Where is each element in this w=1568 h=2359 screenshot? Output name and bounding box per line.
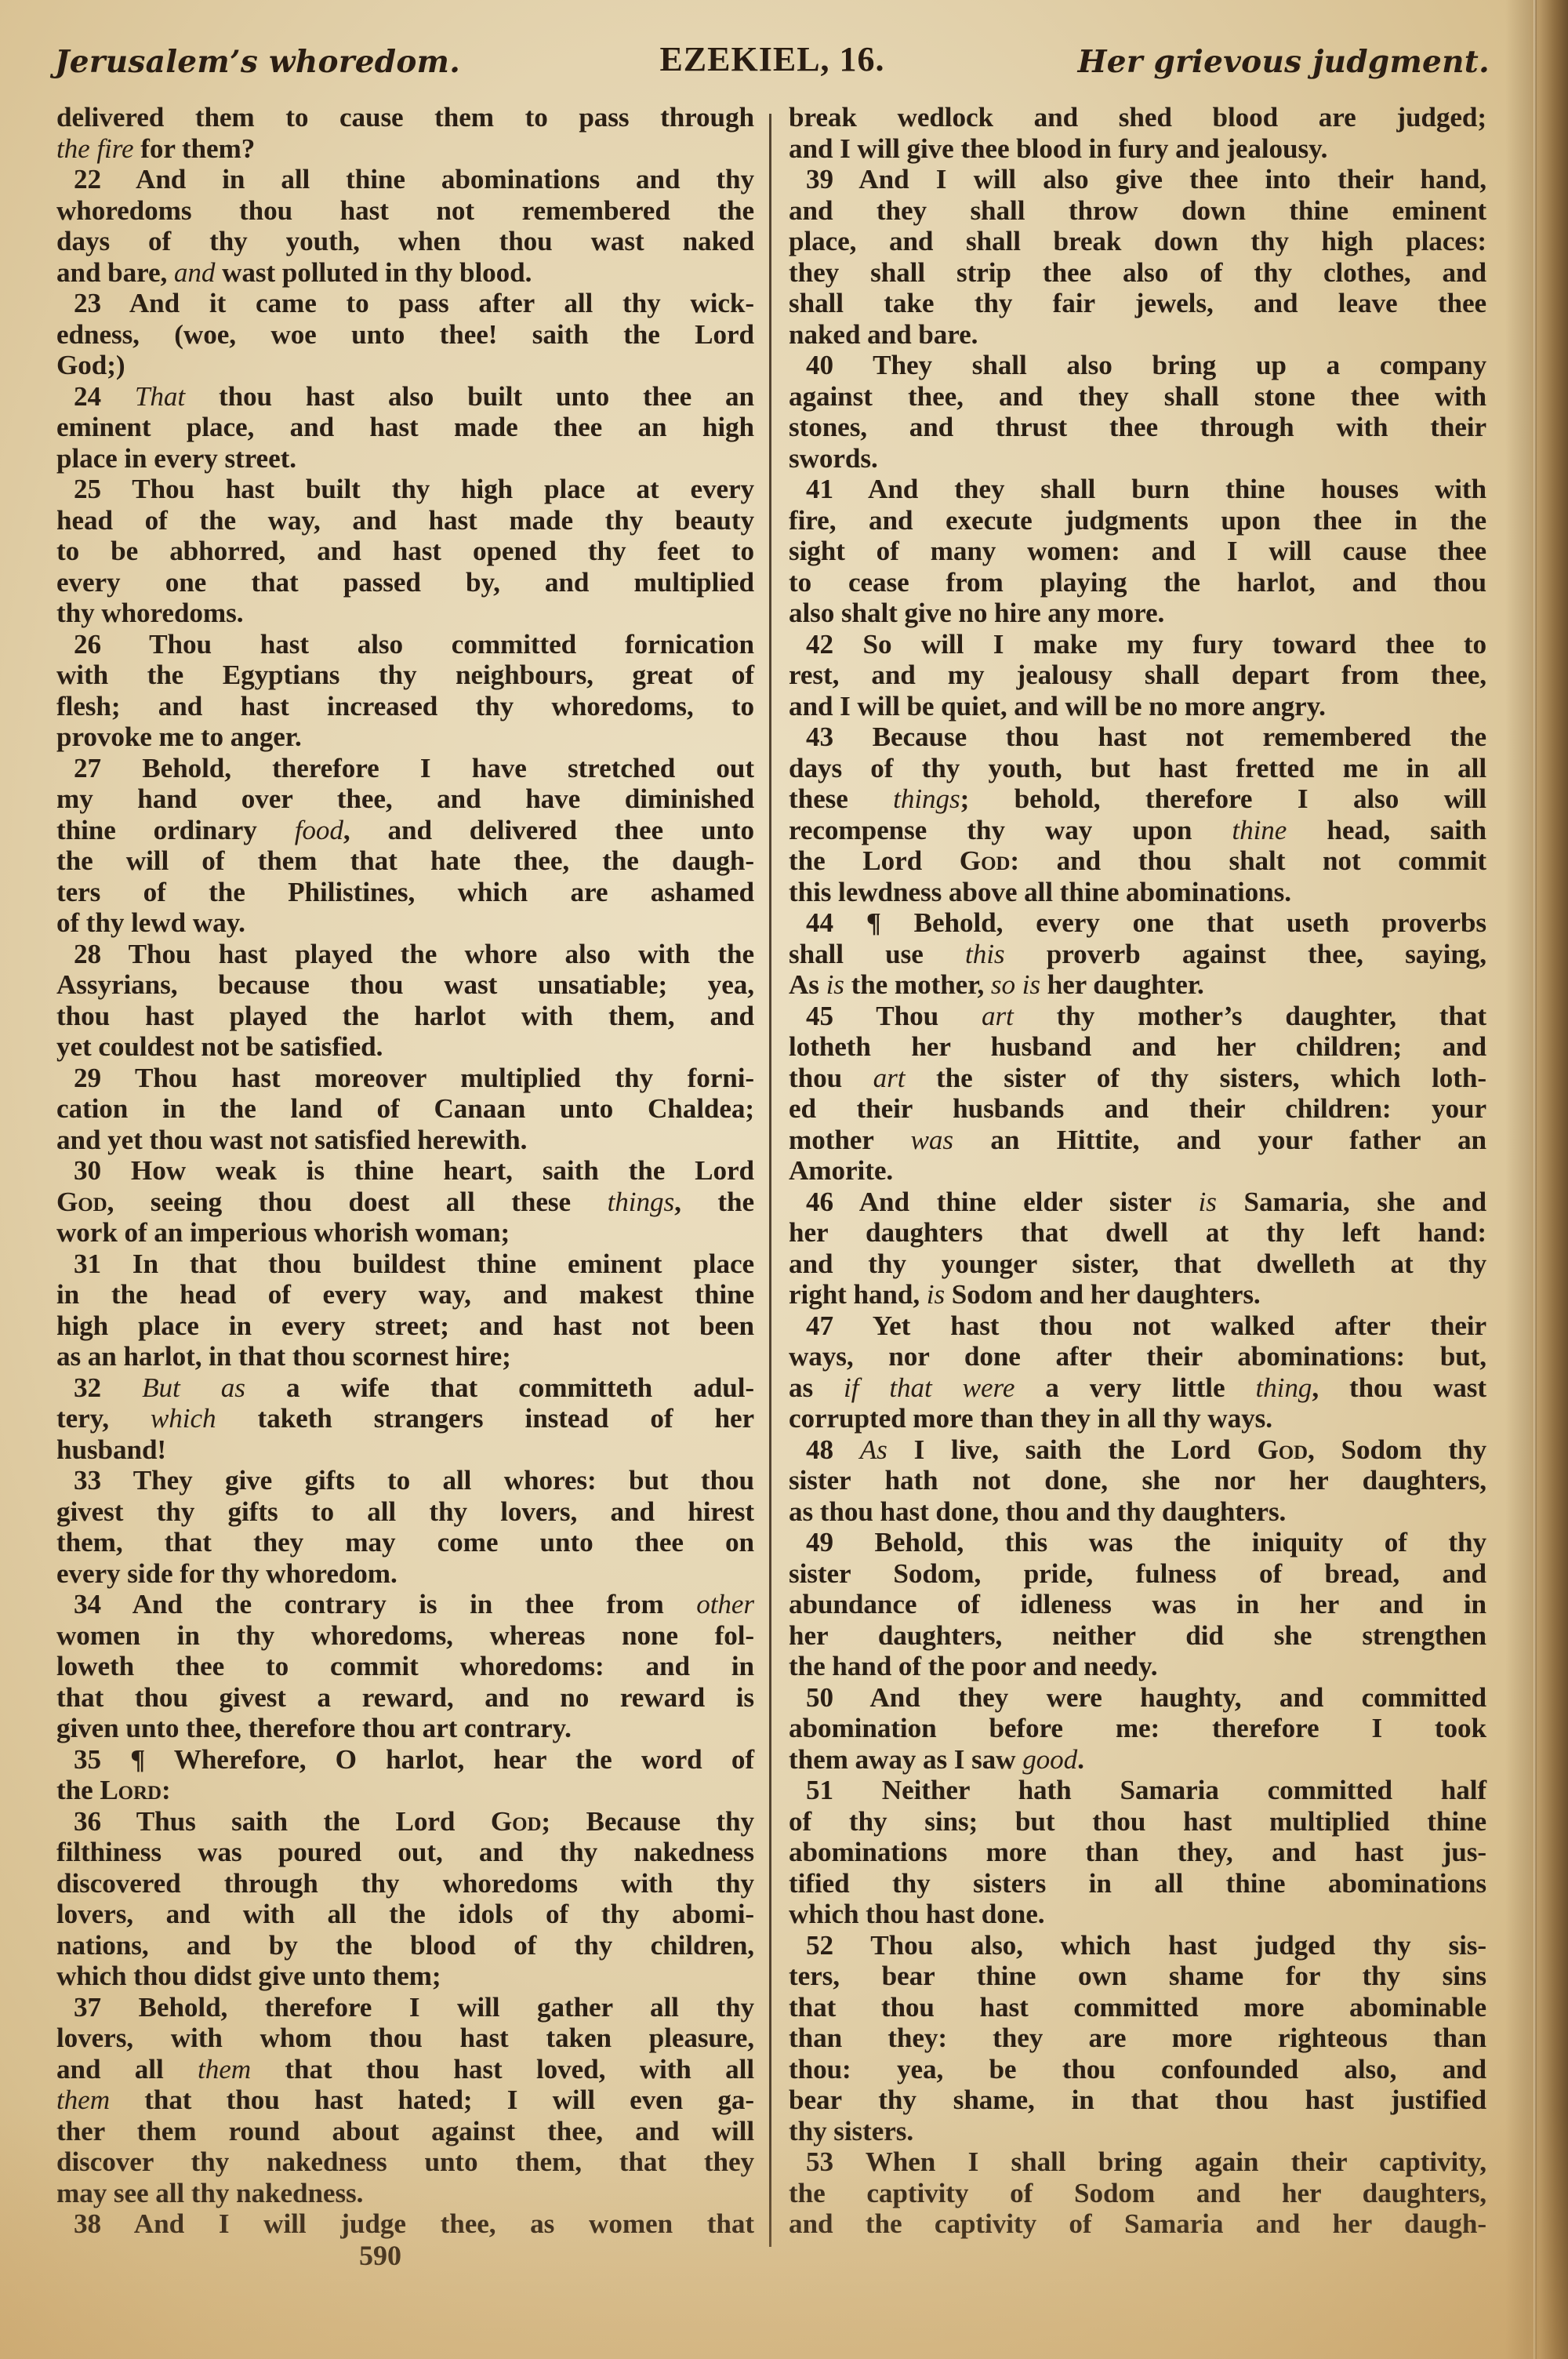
text-run: abundance of idleness was in her and in (789, 1589, 1486, 1619)
text-line: to be abhorred, and hast opened thy feet… (56, 536, 754, 567)
bible-page: Jerusalem’s whoredom. EZEKIEL, 16. Her g… (0, 0, 1568, 2359)
text-run: the (56, 1775, 100, 1805)
text-line: Assyrians, because thou wast unsatiable;… (56, 969, 754, 1001)
text-run: taketh strangers instead of her (216, 1403, 754, 1434)
text-run: eminent place, and hast made thee an hig… (56, 412, 754, 442)
text-run: that thou hast hated; I will even ga- (110, 2085, 754, 2115)
text-line: them away as I saw good. (789, 1744, 1486, 1776)
italic-word: things (608, 1187, 674, 1217)
text-line: every one that passed by, and multiplied (56, 567, 754, 598)
page-edge-shadow (1505, 0, 1568, 2359)
text-line: 45 Thou art thy mother’s daughter, that (789, 1001, 1486, 1032)
text-line: whoredoms thou hast not remembered the (56, 195, 754, 227)
text-run: head of the way, and hast made thy beaut… (56, 505, 754, 536)
text-line: delivered them to cause them to pass thr… (56, 102, 754, 133)
text-line: place, and shall break down thy high pla… (789, 226, 1486, 257)
text-run: them, that they may come unto thee on (56, 1527, 754, 1558)
text-run: ters of the Philistines, which are asham… (56, 877, 754, 907)
text-run: , Sodom thy (1308, 1434, 1486, 1465)
text-line: 44 ¶ Behold, every one that useth prover… (789, 907, 1486, 939)
text-run: which thou hast done. (789, 1899, 1044, 1929)
text-run: proverb against thee, saying, (1004, 939, 1486, 969)
text-line: 51 Neither hath Samaria committed half (789, 1775, 1486, 1806)
text-line: the fire for them? (56, 133, 754, 165)
text-line: 22 And in all thine abominations and thy (56, 164, 754, 195)
text-run: sister hath not done, she nor her daught… (789, 1465, 1486, 1496)
text-run: 32 (74, 1372, 142, 1403)
small-caps-word: God (56, 1187, 107, 1217)
text-run: Samaria, she and (1217, 1187, 1486, 1217)
text-line: days of thy youth, but hast fretted me i… (789, 753, 1486, 784)
text-run: a wife that committeth adul- (245, 1372, 754, 1403)
text-line: 27 Behold, therefore I have stretched ou… (56, 753, 754, 784)
left-text-column: delivered them to cause them to pass thr… (56, 102, 754, 2240)
text-run: naked and bare. (789, 319, 978, 350)
text-run: and I will be quiet, and will be no more… (789, 691, 1326, 722)
text-run: of thy lewd way. (56, 907, 245, 938)
text-run: tery, (56, 1403, 151, 1434)
text-run: 51 Neither hath Samaria committed half (806, 1775, 1486, 1805)
text-run: tified thy sisters in all thine abominat… (789, 1868, 1486, 1899)
text-line: given unto thee, therefore thou art cont… (56, 1713, 754, 1744)
text-run: 25 Thou hast built thy high place at eve… (74, 474, 754, 504)
text-run: 44 ¶ Behold, every one that useth prover… (806, 907, 1486, 938)
text-line: sight of many women: and I will cause th… (789, 536, 1486, 567)
text-line: edness, (woe, woe unto thee! saith the L… (56, 319, 754, 351)
text-line: husband! (56, 1434, 754, 1466)
text-run: 30 How weak is thine heart, saith the Lo… (74, 1155, 754, 1186)
text-run: and they shall throw down thine eminent (789, 195, 1486, 226)
italic-word: which (151, 1403, 216, 1434)
text-line: 33 They give gifts to all whores: but th… (56, 1465, 754, 1496)
text-line: place in every street. (56, 443, 754, 474)
text-run: 38 And I will judge thee, as women that (74, 2208, 754, 2239)
text-line: flesh; and hast increased thy whoredoms,… (56, 691, 754, 722)
text-run: thou hast played the harlot with them, a… (56, 1001, 754, 1031)
text-run: 31 In that thou buildest thine eminent p… (74, 1249, 754, 1279)
italic-word: is (826, 969, 844, 1000)
text-run: the Lord (789, 845, 960, 876)
text-run: abomination before me: therefore I took (789, 1713, 1486, 1743)
text-run: days of thy youth, but hast fretted me i… (789, 753, 1486, 783)
text-run: thy whoredoms. (56, 598, 243, 628)
text-run: to be abhorred, and hast opened thy feet… (56, 536, 754, 566)
text-line: 24 That thou hast also built unto thee a… (56, 381, 754, 413)
text-run: abominations more than they, and hast ju… (789, 1837, 1486, 1867)
italic-word: As (860, 1434, 887, 1465)
text-run: shall take thy fair jewels, and leave th… (789, 288, 1486, 318)
text-line: the captivity of Sodom and her daughters… (789, 2178, 1486, 2209)
text-line: loweth thee to commit whoredoms: and in (56, 1651, 754, 1682)
text-line: to cease from playing the harlot, and th… (789, 567, 1486, 598)
text-line: God, seeing thou doest all these things,… (56, 1187, 754, 1218)
text-line: God;) (56, 350, 754, 381)
text-line: Amorite. (789, 1155, 1486, 1187)
text-line: fire, and execute judgments upon thee in… (789, 505, 1486, 536)
text-line: 26 Thou hast also committed fornication (56, 629, 754, 660)
text-run: sister Sodom, pride, fulness of bread, a… (789, 1558, 1486, 1589)
italic-word: other (696, 1589, 754, 1619)
text-line: which thou didst give unto them; (56, 1961, 754, 1992)
text-line: than they: they are more righteous than (789, 2023, 1486, 2054)
text-line: filthiness was poured out, and thy naked… (56, 1837, 754, 1868)
text-run: every one that passed by, and multiplied (56, 567, 754, 598)
text-run: , the (674, 1187, 754, 1217)
text-run: head, saith (1287, 815, 1486, 845)
italic-word: them (198, 2054, 251, 2085)
text-run: the mother, (844, 969, 991, 1000)
text-run: 53 When I shall bring again their captiv… (806, 2146, 1486, 2177)
text-run: days of thy youth, when thou wast naked (56, 226, 754, 256)
text-run: lotheth her husband and her children; an… (789, 1031, 1486, 1062)
text-run: thy mother’s daughter, that (1014, 1001, 1486, 1031)
text-run: filthiness was poured out, and thy naked… (56, 1837, 754, 1867)
text-run: , thou wast (1312, 1372, 1486, 1403)
text-run: thy sisters. (789, 2116, 913, 2146)
italic-word: That (135, 381, 185, 412)
italic-word: the fire (56, 133, 134, 164)
text-line: nations, and by the blood of thy childre… (56, 1930, 754, 1961)
text-run: wast polluted in thy blood. (215, 257, 532, 288)
text-line: swords. (789, 443, 1486, 474)
text-line: head of the way, and hast made thy beaut… (56, 505, 754, 536)
text-line: ther them round about against thee, and … (56, 2116, 754, 2147)
italic-word: good (1022, 1744, 1077, 1775)
text-run: and thy younger sister, that dwelleth at… (789, 1249, 1486, 1279)
text-line: 36 Thus saith the Lord God; Because thy (56, 1806, 754, 1837)
text-line: abundance of idleness was in her and in (789, 1589, 1486, 1620)
text-run: right hand, (789, 1279, 927, 1310)
text-line: and yet thou wast not satisfied herewith… (56, 1125, 754, 1156)
text-line: and thy younger sister, that dwelleth at… (789, 1249, 1486, 1280)
text-line: thou hast played the harlot with them, a… (56, 1001, 754, 1032)
text-line: thou art the sister of thy sisters, whic… (789, 1063, 1486, 1094)
text-run: corrupted more than they in all thy ways… (789, 1403, 1272, 1434)
text-run: her daughters that dwell at thy left han… (789, 1217, 1486, 1248)
text-line: the Lord: (56, 1775, 754, 1806)
small-caps-word: Lord (100, 1775, 162, 1805)
italic-word: this (965, 939, 1004, 969)
text-line: cation in the land of Canaan unto Chalde… (56, 1093, 754, 1125)
text-run: 23 And it came to pass after all thy wic… (74, 288, 754, 318)
text-line: thy sisters. (789, 2116, 1486, 2147)
text-line: 29 Thou hast moreover multiplied thy for… (56, 1063, 754, 1094)
text-run: , and delivered thee unto (343, 815, 754, 845)
text-run: , seeing thou doest all these (107, 1187, 608, 1217)
text-line: high place in every street; and hast not… (56, 1310, 754, 1342)
text-line: her daughters, neither did she strengthe… (789, 1620, 1486, 1652)
text-run: them away as I saw (789, 1744, 1022, 1775)
text-run: 36 Thus saith the Lord (74, 1806, 491, 1837)
text-line: 39 And I will also give thee into their … (789, 164, 1486, 195)
text-line: in the head of every way, and makest thi… (56, 1279, 754, 1310)
text-run: thou (789, 1063, 873, 1093)
text-run: place, and shall break down thy high pla… (789, 226, 1486, 256)
text-line: they shall strip thee also of thy clothe… (789, 257, 1486, 289)
text-run: a very little (1014, 1372, 1255, 1403)
italic-word: But as (142, 1372, 245, 1403)
italic-word: food (295, 815, 343, 845)
italic-word: things (893, 783, 960, 814)
text-line: may see all thy nakedness. (56, 2178, 754, 2209)
text-line: 48 As I live, saith the Lord God, Sodom … (789, 1434, 1486, 1466)
text-run: sight of many women: and I will cause th… (789, 536, 1486, 566)
small-caps-word: God (1257, 1434, 1308, 1465)
right-text-column: break wedlock and shed blood are judged;… (789, 102, 1486, 2240)
text-run: shall use (789, 939, 965, 969)
text-line: the hand of the poor and needy. (789, 1651, 1486, 1682)
text-line: 42 So will I make my fury toward thee to (789, 629, 1486, 660)
text-line: and bare, and wast polluted in thy blood… (56, 257, 754, 289)
text-run: swords. (789, 443, 878, 474)
text-run: as (789, 1372, 844, 1403)
text-line: her daughters that dwell at thy left han… (789, 1217, 1486, 1249)
text-run: ed their husbands and their children: yo… (789, 1093, 1486, 1124)
text-line: givest thy gifts to all thy lovers, and … (56, 1496, 754, 1528)
text-line: tified thy sisters in all thine abominat… (789, 1868, 1486, 1899)
text-run: 49 Behold, this was the iniquity of thy (806, 1527, 1486, 1558)
text-run: her daughters, neither did she strengthe… (789, 1620, 1486, 1651)
italic-word: so is (991, 969, 1040, 1000)
text-run: discovered through thy whoredoms with th… (56, 1868, 754, 1899)
text-line: lovers, and with all the idols of thy ab… (56, 1899, 754, 1930)
text-line: shall use this proverb against thee, say… (789, 939, 1486, 970)
text-run: every side for thy whoredom. (56, 1558, 397, 1589)
text-line: women in thy whoredoms, whereas none fol… (56, 1620, 754, 1652)
text-run: discover thy nakedness unto them, that t… (56, 2146, 754, 2177)
text-run: I live, saith the Lord (887, 1434, 1258, 1465)
text-line: them that thou hast hated; I will even g… (56, 2085, 754, 2116)
text-run: 50 And they were haughty, and committed (806, 1682, 1486, 1713)
text-run: God;) (56, 350, 125, 380)
text-line: these things; behold, therefore I also w… (789, 783, 1486, 815)
text-line: mother was an Hittite, and your father a… (789, 1125, 1486, 1156)
text-run: to cease from playing the harlot, and th… (789, 567, 1486, 598)
text-run: 28 Thou hast played the whore also with … (74, 939, 754, 969)
text-line: right hand, is Sodom and her daughters. (789, 1279, 1486, 1310)
text-run: women in thy whoredoms, whereas none fol… (56, 1620, 754, 1651)
text-run: given unto thee, therefore thou art cont… (56, 1713, 572, 1743)
text-line: that thou hast committed more abominable (789, 1992, 1486, 2023)
text-run: an Hittite, and your father an (953, 1125, 1486, 1155)
text-line: discovered through thy whoredoms with th… (56, 1868, 754, 1899)
text-run: also shalt give no hire any more. (789, 598, 1164, 628)
text-line: my hand over thee, and have diminished (56, 783, 754, 815)
text-run: ters, bear thine own shame for thy sins (789, 1961, 1486, 1991)
text-run: 37 Behold, therefore I will gather all t… (74, 1992, 754, 2023)
text-run: these (789, 783, 893, 814)
text-line: bear thy shame, in that thou hast justif… (789, 2085, 1486, 2116)
text-line: tery, which taketh strangers instead of … (56, 1403, 754, 1434)
text-run: 27 Behold, therefore I have stretched ou… (74, 753, 754, 783)
text-run: which thou didst give unto them; (56, 1961, 441, 1991)
text-run: mother (789, 1125, 911, 1155)
text-run: thou hast also built unto thee an (185, 381, 754, 412)
text-line: 38 And I will judge thee, as women that (56, 2208, 754, 2240)
small-caps-word: God (960, 845, 1011, 876)
text-run: the will of them that hate thee, the dau… (56, 845, 754, 876)
text-run: edness, (woe, woe unto thee! saith the L… (56, 319, 754, 350)
text-run: 34 And the contrary is in thee from (74, 1589, 696, 1619)
italic-word: art (873, 1063, 906, 1093)
text-line: that thou givest a reward, and no reward… (56, 1682, 754, 1714)
text-run: that thou hast loved, with all (251, 2054, 754, 2085)
column-divider (769, 114, 771, 2247)
text-line: break wedlock and shed blood are judged; (789, 102, 1486, 133)
text-line: ways, nor done after their abominations:… (789, 1341, 1486, 1372)
text-line: work of an imperious whorish woman; (56, 1217, 754, 1249)
text-line: corrupted more than they in all thy ways… (789, 1403, 1486, 1434)
text-run: against thee, and they shall stone thee … (789, 381, 1486, 412)
text-run: 22 And in all thine abominations and thy (74, 164, 754, 194)
text-line: 50 And they were haughty, and committed (789, 1682, 1486, 1714)
text-run: and yet thou wast not satisfied herewith… (56, 1125, 527, 1155)
text-run: . (1077, 1744, 1084, 1775)
text-line: sister Sodom, pride, fulness of bread, a… (789, 1558, 1486, 1590)
text-line: thy whoredoms. (56, 598, 754, 629)
italic-word: is (927, 1279, 945, 1310)
text-line: ters, bear thine own shame for thy sins (789, 1961, 1486, 1992)
text-run: the sister of thy sisters, which loth- (905, 1063, 1486, 1093)
text-run: as an harlot, in that thou scornest hire… (56, 1341, 511, 1372)
text-line: naked and bare. (789, 319, 1486, 351)
text-run: 33 They give gifts to all whores: but th… (74, 1465, 754, 1496)
text-run: ther them round about against thee, and … (56, 2116, 754, 2146)
text-line: discover thy nakedness unto them, that t… (56, 2146, 754, 2178)
page-number: 590 (0, 2239, 760, 2272)
text-run: this lewdness above all thine abominatio… (789, 877, 1291, 907)
text-run: and bare, (56, 257, 174, 288)
text-line: and I will be quiet, and will be no more… (789, 691, 1486, 722)
text-line: also shalt give no hire any more. (789, 598, 1486, 629)
page-fold-highlight (1534, 0, 1537, 2359)
text-run: 48 (806, 1434, 860, 1465)
text-line: which thou hast done. (789, 1899, 1486, 1930)
text-run: loweth thee to commit whoredoms: and in (56, 1651, 754, 1681)
text-run: Sodom and her daughters. (945, 1279, 1261, 1310)
text-run: 46 And thine elder sister (806, 1187, 1199, 1217)
text-run: 29 Thou hast moreover multiplied thy for… (74, 1063, 754, 1093)
text-line: every side for thy whoredom. (56, 1558, 754, 1590)
text-line: thou: yea, be thou confounded also, and (789, 2054, 1486, 2085)
text-run: ; behold, therefore I also will (960, 783, 1486, 814)
text-line: 32 But as a wife that committeth adul- (56, 1372, 754, 1404)
text-run: my hand over thee, and have diminished (56, 783, 754, 814)
text-run: 35 ¶ Wherefore, O harlot, hear the word … (74, 1744, 754, 1775)
text-run: ; Because thy (541, 1806, 754, 1837)
text-run: and all (56, 2054, 198, 2085)
text-line: 28 Thou hast played the whore also with … (56, 939, 754, 970)
italic-word: was (911, 1125, 953, 1155)
text-line: 49 Behold, this was the iniquity of thy (789, 1527, 1486, 1558)
text-line: abominations more than they, and hast ju… (789, 1837, 1486, 1868)
text-line: 34 And the contrary is in thee from othe… (56, 1589, 754, 1620)
text-run: the captivity of Sodom and her daughters… (789, 2178, 1486, 2208)
text-line: provoke me to anger. (56, 722, 754, 753)
text-line: of thy lewd way. (56, 907, 754, 939)
text-run: 42 So will I make my fury toward thee to (806, 629, 1486, 660)
italic-word: thine (1232, 815, 1287, 845)
text-line: shall take thy fair jewels, and leave th… (789, 288, 1486, 319)
text-run: may see all thy nakedness. (56, 2178, 363, 2208)
text-line: ters of the Philistines, which are asham… (56, 877, 754, 908)
text-line: 30 How weak is thine heart, saith the Lo… (56, 1155, 754, 1187)
text-run: than they: they are more righteous than (789, 2023, 1486, 2053)
text-line: 40 They shall also bring up a company (789, 350, 1486, 381)
text-line: and all them that thou hast loved, with … (56, 2054, 754, 2085)
text-line: 35 ¶ Wherefore, O harlot, hear the word … (56, 1744, 754, 1776)
text-line: 41 And they shall burn thine houses with (789, 474, 1486, 505)
text-run: whoredoms thou hast not remembered the (56, 195, 754, 226)
text-line: as thou hast done, thou and thy daughter… (789, 1496, 1486, 1528)
text-run: 41 And they shall burn thine houses with (806, 474, 1486, 504)
text-run: work of an imperious whorish woman; (56, 1217, 510, 1248)
text-run: high place in every street; and hast not… (56, 1310, 754, 1341)
text-run: that thou hast committed more abominable (789, 1992, 1486, 2023)
text-run: as thou hast done, thou and thy daughter… (789, 1496, 1286, 1527)
text-line: sister hath not done, she nor her daught… (789, 1465, 1486, 1496)
text-line: 47 Yet hast thou not walked after their (789, 1310, 1486, 1342)
text-line: this lewdness above all thine abominatio… (789, 877, 1486, 908)
text-line: rest, and my jealousy shall depart from … (789, 660, 1486, 691)
text-run: that thou givest a reward, and no reward… (56, 1682, 754, 1713)
text-line: as an harlot, in that thou scornest hire… (56, 1341, 754, 1372)
text-run: break wedlock and shed blood are judged; (789, 102, 1486, 133)
text-line: 31 In that thou buildest thine eminent p… (56, 1249, 754, 1280)
text-line: against thee, and they shall stone thee … (789, 381, 1486, 413)
text-line: eminent place, and hast made thee an hig… (56, 412, 754, 443)
italic-word: is (1199, 1187, 1217, 1217)
text-run: delivered them to cause them to pass thr… (56, 102, 754, 133)
text-run: 45 Thou (806, 1001, 982, 1031)
text-line: and they shall throw down thine eminent (789, 195, 1486, 227)
italic-word: and (174, 257, 215, 288)
text-line: recompense thy way upon thine head, sait… (789, 815, 1486, 846)
text-line: as if that were a very little thing, tho… (789, 1372, 1486, 1404)
text-run: As (789, 969, 826, 1000)
text-run: cation in the land of Canaan unto Chalde… (56, 1093, 754, 1124)
text-line: them, that they may come unto thee on (56, 1527, 754, 1558)
text-run: of thy sins; but thou hast multiplied th… (789, 1806, 1486, 1837)
text-line: yet couldest not be satisfied. (56, 1031, 754, 1063)
text-run: rest, and my jealousy shall depart from … (789, 660, 1486, 690)
text-line: 25 Thou hast built thy high place at eve… (56, 474, 754, 505)
text-run: in the head of every way, and makest thi… (56, 1279, 754, 1310)
text-run: 47 Yet hast thou not walked after their (806, 1310, 1486, 1341)
text-run: : and thou shalt not commit (1010, 845, 1486, 876)
text-run: thine ordinary (56, 815, 295, 845)
text-line: and I will give thee blood in fury and j… (789, 133, 1486, 165)
text-run: fire, and execute judgments upon thee in… (789, 505, 1486, 536)
text-line: lovers, with whom thou hast taken pleasu… (56, 2023, 754, 2054)
text-run: givest thy gifts to all thy lovers, and … (56, 1496, 754, 1527)
text-run: her daughter. (1040, 969, 1204, 1000)
text-line: As is the mother, so is her daughter. (789, 969, 1486, 1001)
text-line: 53 When I shall bring again their captiv… (789, 2146, 1486, 2178)
text-run: yet couldest not be satisfied. (56, 1031, 383, 1062)
text-run: : (162, 1775, 171, 1805)
text-run: lovers, and with all the idols of thy ab… (56, 1899, 754, 1929)
text-line: 46 And thine elder sister is Samaria, sh… (789, 1187, 1486, 1218)
text-run: flesh; and hast increased thy whoredoms,… (56, 691, 754, 722)
text-run: provoke me to anger. (56, 722, 302, 752)
text-run: for them? (134, 133, 256, 164)
text-line: lotheth her husband and her children; an… (789, 1031, 1486, 1063)
text-run: and I will give thee blood in fury and j… (789, 133, 1327, 164)
text-run: recompense thy way upon (789, 815, 1232, 845)
text-line: the Lord God: and thou shalt not commit (789, 845, 1486, 877)
text-run: thou: yea, be thou confounded also, and (789, 2054, 1486, 2085)
